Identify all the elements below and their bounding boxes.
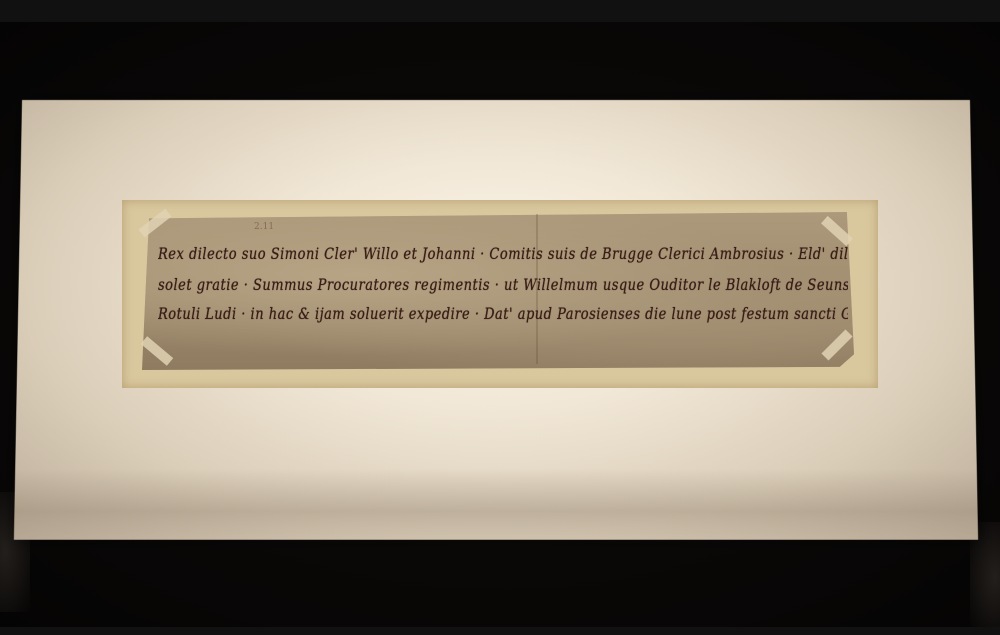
manuscript-line-1: Rex dilecto suo Simoni Cler' Willo et Jo… xyxy=(158,245,848,264)
manuscript-line-2: solet gratie · Summus Procuratores regim… xyxy=(158,276,848,295)
top-border-bar xyxy=(0,0,1000,22)
bottom-border-bar xyxy=(0,627,1000,635)
manuscript-line-3: Rotuli Ludi · in hac & ijam soluerit exp… xyxy=(158,305,848,324)
folio-number: 2.11 xyxy=(254,222,274,232)
